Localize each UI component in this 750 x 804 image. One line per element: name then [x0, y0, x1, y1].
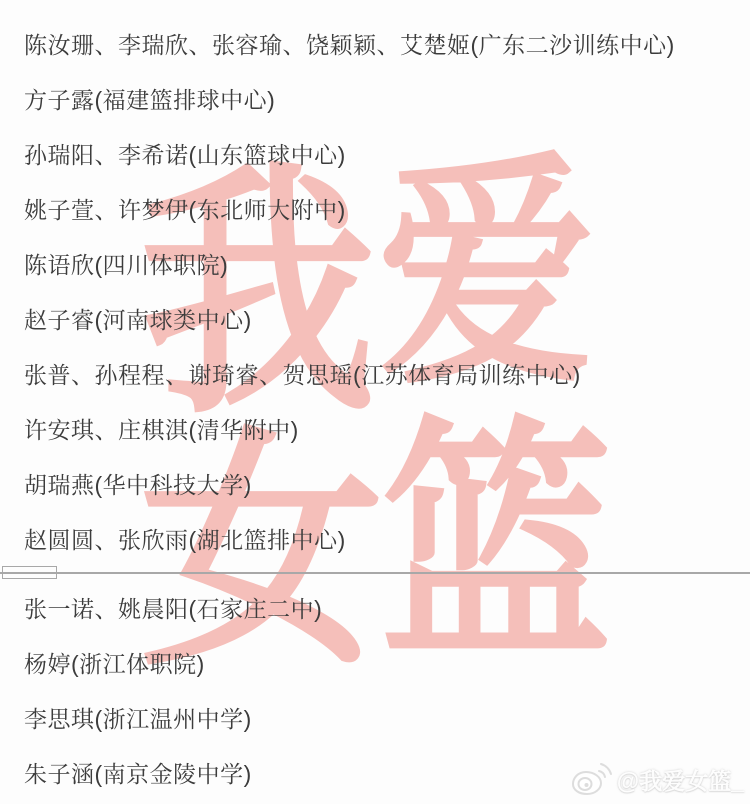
- weibo-logo-icon: [571, 762, 613, 796]
- page-break-marker: [2, 566, 57, 579]
- credit-text: @我爱女篮_: [617, 763, 744, 796]
- roster-line: 方子露(福建篮排球中心): [0, 71, 750, 126]
- roster-line: 赵圆圆、张欣雨(湖北篮排中心): [0, 511, 750, 566]
- roster-line: 李思琪(浙江温州中学): [0, 690, 750, 745]
- page-break-rule: [0, 572, 750, 574]
- roster-line: 陈语欣(四川体职院): [0, 236, 750, 291]
- roster-line: 姚子萱、许梦伊(东北师大附中): [0, 181, 750, 236]
- roster-line: 胡瑞燕(华中科技大学): [0, 456, 750, 511]
- roster-line: 孙瑞阳、李希诺(山东篮球中心): [0, 126, 750, 181]
- roster-line: 张普、孙程程、谢琦睿、贺思瑶(江苏体育局训练中心): [0, 346, 750, 401]
- roster-line: 陈汝珊、李瑞欣、张容瑜、饶颖颖、艾楚姬(广东二沙训练中心): [0, 16, 750, 71]
- roster-document: 陈汝珊、李瑞欣、张容瑜、饶颖颖、艾楚姬(广东二沙训练中心) 方子露(福建篮排球中…: [0, 0, 750, 804]
- roster-line: 杨婷(浙江体职院): [0, 635, 750, 690]
- credit-watermark: @我爱女篮_: [571, 762, 744, 796]
- roster-line: 许安琪、庄棋淇(清华附中): [0, 401, 750, 456]
- roster-line: 赵子睿(河南球类中心): [0, 291, 750, 346]
- roster-line: 张一诺、姚晨阳(石家庄二中): [0, 580, 750, 635]
- page-break-divider: [0, 566, 750, 580]
